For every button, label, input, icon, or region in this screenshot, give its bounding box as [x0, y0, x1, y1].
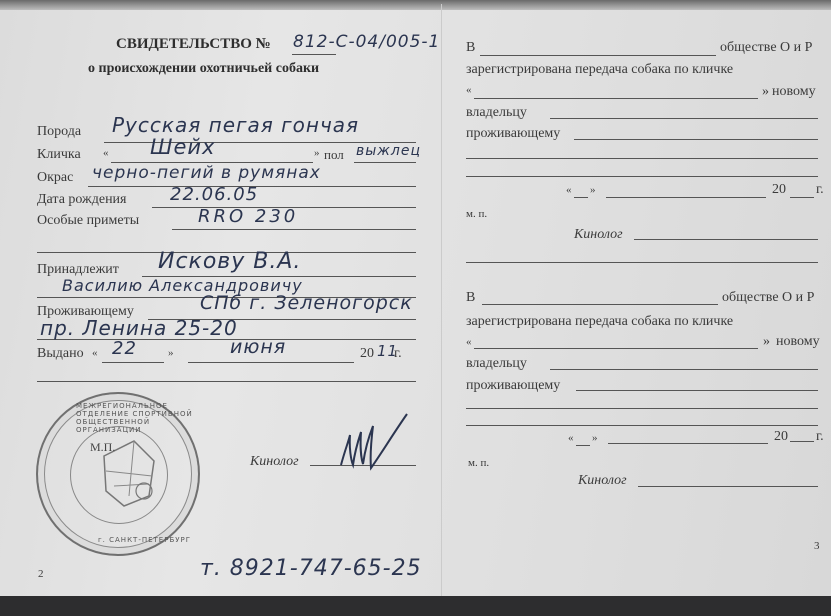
- address-value-2: пр. Ленина 25-20: [40, 316, 238, 340]
- phone-number: т. 8921-747-65-25: [200, 556, 422, 581]
- address-line-a: [466, 408, 818, 409]
- dob-label: Дата рождения: [37, 192, 127, 208]
- address-value: СПб г. Зеленогорск: [200, 292, 413, 314]
- certificate-title: СВИДЕТЕЛЬСТВО №: [116, 36, 271, 53]
- certificate-subtitle: о происхождении охотничьей собаки: [88, 61, 319, 77]
- month-line: [608, 443, 768, 444]
- cynologist-label: Кинолог: [250, 454, 299, 470]
- issued-quote-close: »: [168, 347, 174, 359]
- issued-year-suffix: г.: [394, 346, 402, 362]
- day-line: [576, 445, 590, 446]
- residing-label: проживающему: [466, 126, 560, 142]
- dog-name-value: Шейх: [150, 135, 215, 159]
- day-line: [574, 197, 588, 198]
- sex-label: пол: [324, 147, 344, 163]
- registered-text: зарегистрирована передача собака по клич…: [466, 62, 733, 78]
- page-fold: [441, 4, 442, 604]
- year-line: [790, 197, 814, 198]
- quote-open: «: [466, 84, 472, 96]
- marks-value: RRO 230: [198, 206, 298, 227]
- address-line-a: [466, 158, 818, 159]
- left-page-number: 2: [38, 568, 44, 580]
- year-line: [790, 441, 814, 442]
- name-label: Кличка: [37, 147, 81, 163]
- background-surface: [0, 596, 831, 616]
- seal-label: М.П.: [90, 440, 115, 455]
- cynologist-label: Кинолог: [578, 473, 627, 489]
- in-label: В: [466, 290, 475, 306]
- cynologist-label: Кинолог: [574, 227, 623, 243]
- address-line-b: [466, 425, 818, 426]
- society-label: обществе О и Р: [722, 290, 814, 306]
- issued-day: 22: [112, 338, 137, 359]
- address-line-b: [466, 176, 818, 177]
- society-line: [480, 55, 716, 56]
- registered-text: зарегистрирована передача собака по клич…: [466, 314, 733, 330]
- society-label: обществе О и Р: [720, 40, 812, 56]
- cynologist-line: [634, 239, 818, 240]
- issued-quote-open: «: [92, 347, 98, 359]
- owner-label: владельцу: [466, 105, 527, 121]
- quote-open: «: [466, 336, 472, 348]
- society-line: [482, 304, 718, 305]
- issued-day-line: [102, 362, 164, 363]
- sex-value: выжлец: [356, 143, 421, 159]
- year-prefix: 20: [772, 182, 786, 198]
- cynologist-signature-icon: [335, 410, 415, 472]
- blank-line-2: [37, 381, 416, 382]
- quote-close: »: [762, 84, 769, 100]
- issued-month: июня: [230, 336, 286, 358]
- month-line: [606, 197, 766, 198]
- certificate-number: 812-С-04/005-1: [293, 32, 440, 52]
- owner-label: владельцу: [466, 356, 527, 372]
- quote-close: »: [763, 334, 770, 350]
- new-owner-line: [550, 369, 818, 370]
- right-page-number: 3: [814, 540, 820, 552]
- in-label: В: [466, 40, 475, 56]
- date-quote-open: «: [568, 432, 574, 444]
- block-divider: [466, 262, 818, 263]
- marks-label: Особые приметы: [37, 213, 139, 229]
- residing-label: проживающему: [466, 378, 560, 394]
- residing-line: [574, 139, 818, 140]
- residing-line: [576, 390, 818, 391]
- issued-label: Выдано: [37, 346, 84, 362]
- official-seal: МЕЖРЕГИОНАЛЬНОЕ ОТДЕЛЕНИЕ СПОРТИВНОЙ ОБЩ…: [36, 392, 200, 556]
- year-prefix: 20: [774, 429, 788, 445]
- cynologist-line: [638, 486, 818, 487]
- dog-name-line: [474, 98, 758, 99]
- dog-name-line: [474, 348, 758, 349]
- color-label: Окрас: [37, 170, 73, 186]
- seal-text-top: МЕЖРЕГИОНАЛЬНОЕ ОТДЕЛЕНИЕ СПОРТИВНОЙ ОБЩ…: [76, 402, 198, 434]
- top-shadow: [0, 0, 831, 10]
- number-line: [292, 54, 336, 55]
- new-label: новому: [772, 84, 816, 100]
- color-value: черно-пегий в румянах: [92, 163, 321, 183]
- marks-line: [172, 229, 416, 230]
- seal-text-city: г. САНКТ-ПЕТЕРБУРГ: [98, 536, 191, 544]
- name-quote-open: «: [103, 147, 109, 159]
- name-quote-close: »: [314, 147, 320, 159]
- new-label: новому: [776, 334, 820, 350]
- new-owner-line: [550, 118, 818, 119]
- date-quote-open: «: [566, 184, 572, 196]
- owner-value: Искову В.А.: [158, 249, 301, 274]
- seal-label: м. п.: [468, 457, 489, 469]
- dob-value: 22.06.05: [170, 184, 258, 205]
- sex-line: [354, 162, 416, 163]
- seal-label: м. п.: [466, 208, 487, 220]
- date-quote-close: »: [590, 184, 596, 196]
- year-suffix: г.: [816, 182, 824, 198]
- date-quote-close: »: [592, 432, 598, 444]
- breed-value: Русская пегая гончая: [112, 113, 359, 137]
- breed-label: Порода: [37, 124, 81, 140]
- year-suffix: г.: [816, 429, 824, 445]
- issued-month-line: [188, 362, 354, 363]
- issued-year-prefix: 20: [360, 346, 374, 362]
